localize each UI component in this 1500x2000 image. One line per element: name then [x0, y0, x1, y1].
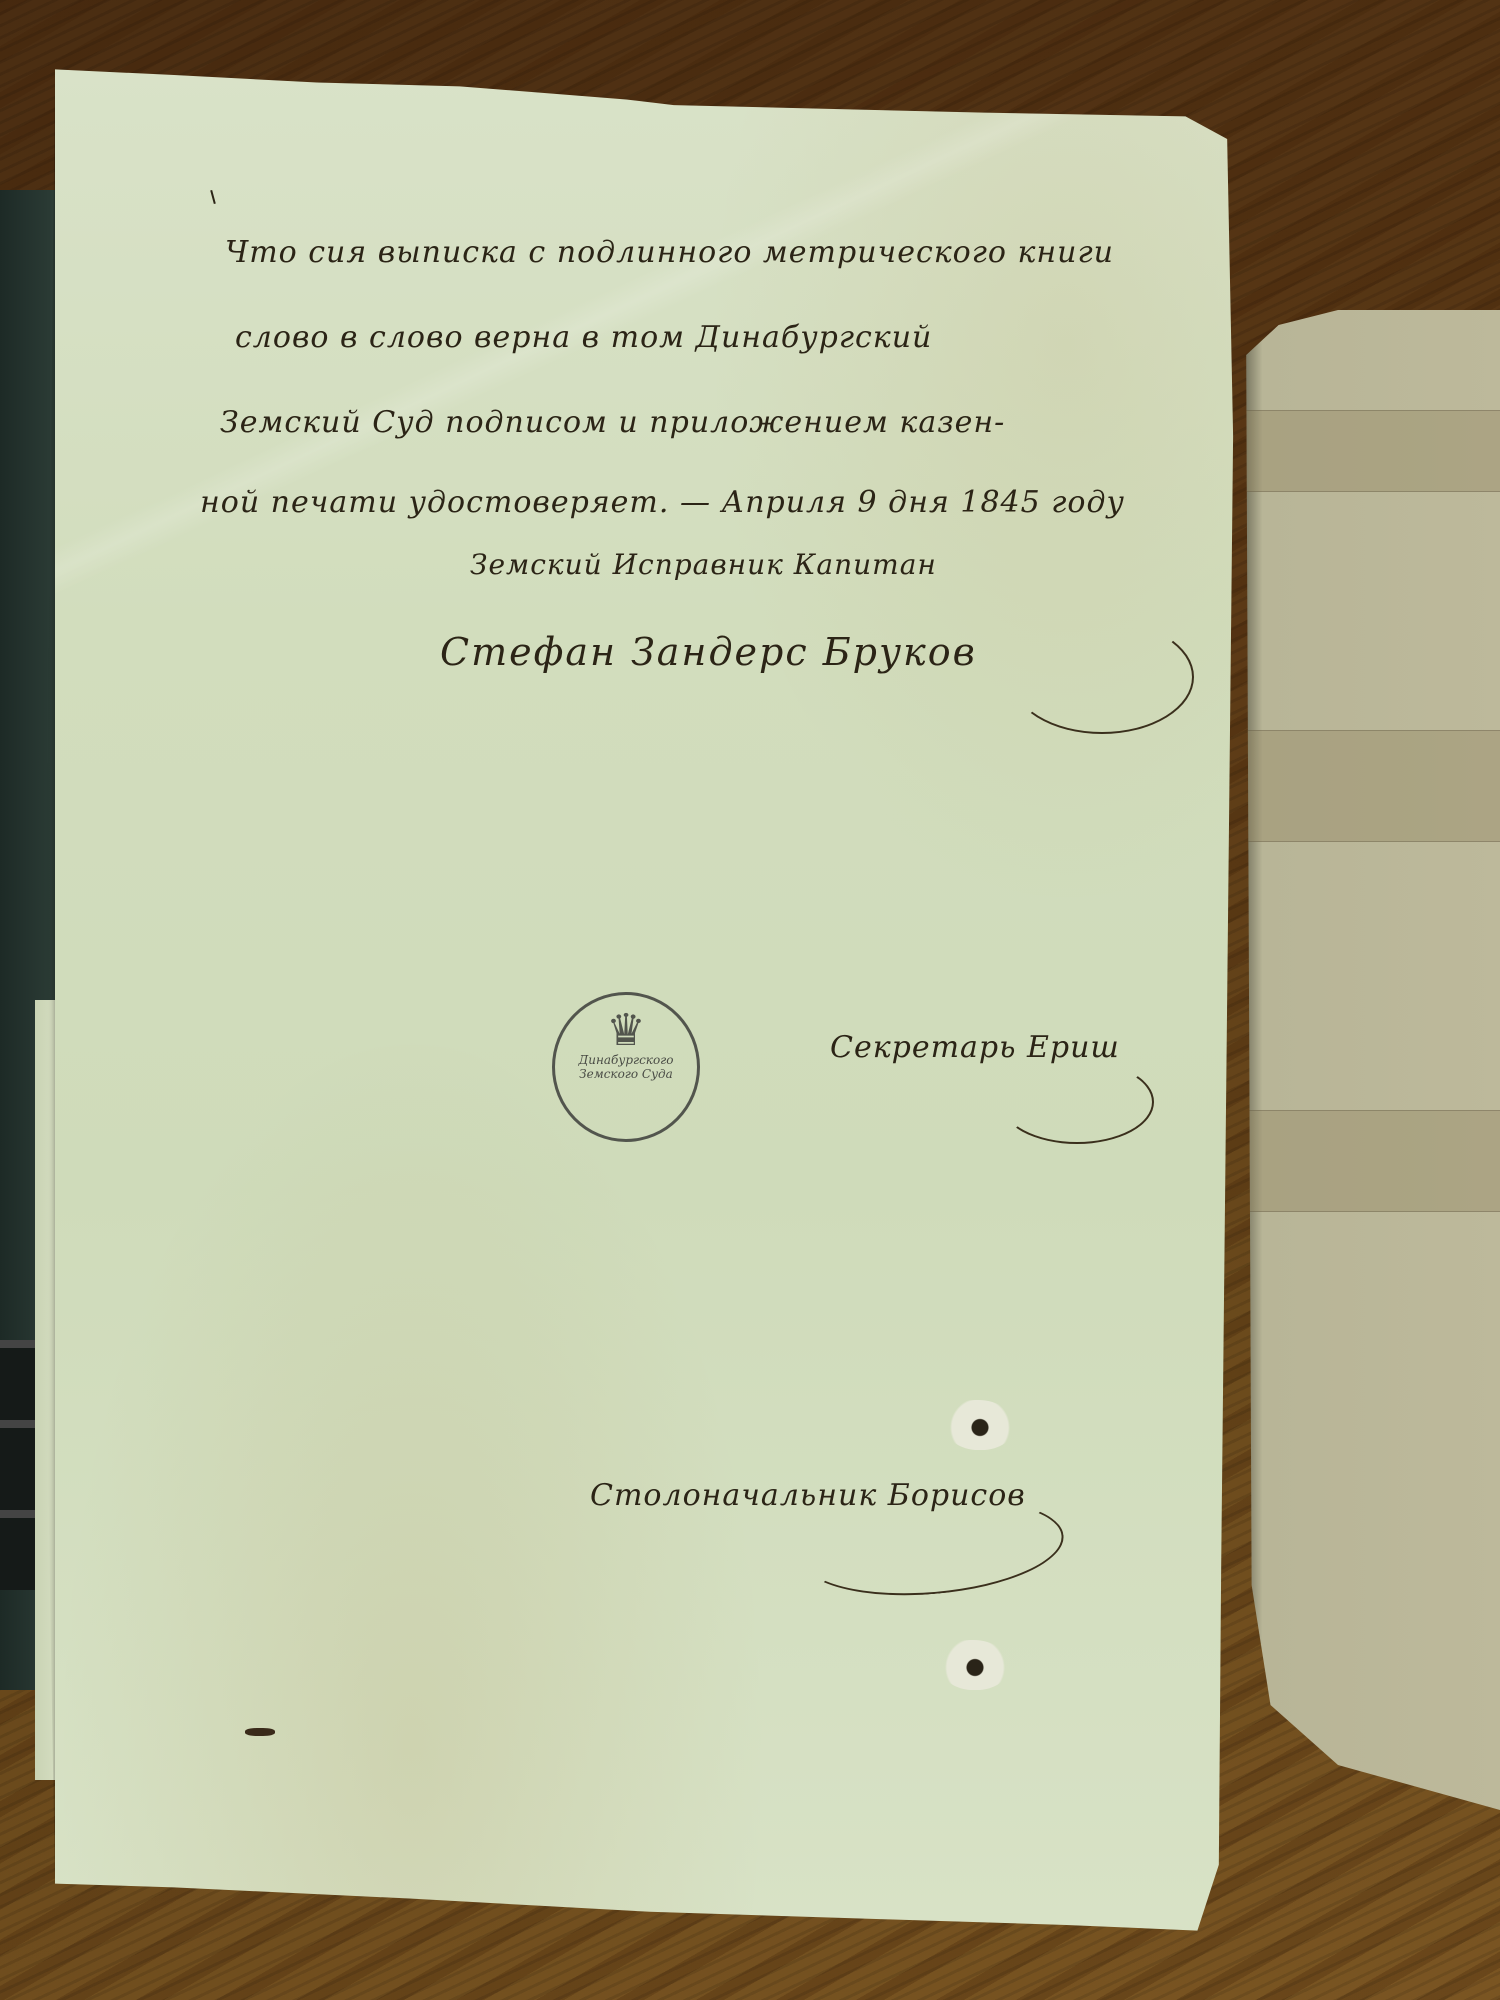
ink-blot	[245, 1728, 275, 1736]
tape-strip	[1230, 1110, 1500, 1212]
seal-text: Динабургского Земского Суда	[571, 1053, 681, 1081]
body-line-4-date: ной печати удостоверяет. — Априля 9 дня …	[200, 485, 1125, 520]
body-line-3: Земский Суд подписом и приложением казен…	[220, 405, 1005, 440]
signature-flourish-icon	[1000, 1060, 1154, 1144]
binding-hole	[940, 1640, 1010, 1690]
body-line-2: слово в слово верна в том Динабургский	[235, 320, 932, 355]
tape-strip	[1230, 410, 1500, 492]
binding-hole	[945, 1400, 1015, 1450]
double-headed-eagle-icon: ♛	[606, 1009, 645, 1053]
signatory-name: Стефан Зандерс Бруков	[440, 630, 977, 674]
signature-flourish-icon	[1010, 620, 1194, 734]
body-line-1: Что сия выписка с подлинного метрическог…	[225, 235, 1114, 270]
cardboard-stack-right	[1230, 310, 1500, 1810]
signatory-title: Земский Исправник Капитан	[470, 548, 937, 581]
tape-strip	[1230, 730, 1500, 842]
official-seal: ♛ Динабургского Земского Суда	[552, 992, 700, 1142]
